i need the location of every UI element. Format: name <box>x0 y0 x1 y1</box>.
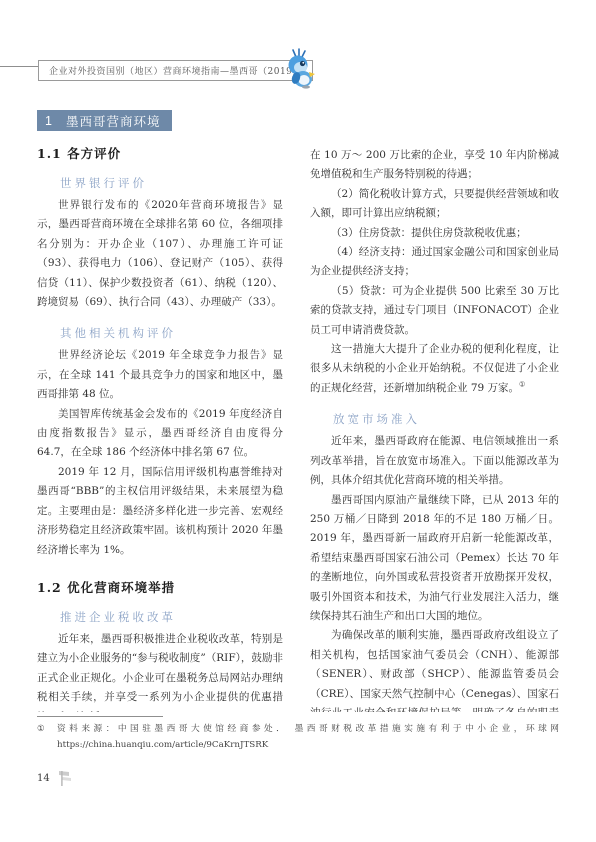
paragraph-tax-effect: 这一措施大大提升了企业办税的便利化程度，让很多从未纳税的小企业开始纳税。不仅促进… <box>310 340 559 398</box>
paragraph-tax-item-4: （4）经济支持：通过国家金融公司和国家创业局为企业提供经济支持； <box>310 243 559 282</box>
paragraph-tax-item-3: （3）住房贷款：提供住房贷款税收优惠； <box>310 224 559 243</box>
paragraph-heritage: 美国智库传统基金会发布的《2019 年度经济自由度指数报告》显示，墨西哥经济自由… <box>37 405 283 463</box>
paragraph-reform-agencies: 为确保改革的顺利实施，墨西哥政府改组设立了相关机构，包括国家油气委员会（CNH）… <box>310 626 559 712</box>
paragraph-tax-intro: 近年来，墨西哥积极推进企业税收改革，特别是建立为小企业服务的“参与税收制度”（R… <box>37 630 283 712</box>
footnote: ① 资料来源：中国驻墨西哥大使馆经商参处． 墨西哥财税改革措施实施有利于中小企业… <box>37 716 559 753</box>
paragraph-world-bank: 世界银行发布的《2020年营商环境报告》显示，墨西哥营商环境在全球排名第 60 … <box>37 196 283 312</box>
subhead-world-bank: 世界银行评价 <box>37 175 283 191</box>
running-header: 企业对外投资国别（地区）营商环境指南—墨西哥（2019） <box>38 60 313 81</box>
flag-icon <box>56 769 76 793</box>
two-column-body: 1.1 各方评价 世界银行评价 世界银行发布的《2020年营商环境报告》显示，墨… <box>37 146 559 712</box>
paragraph-tax-item-5: （5）贷款：可为企业提供 500 比索至 30 万比索的贷款支持，通过专门项目（… <box>310 282 559 340</box>
paragraph-fitch: 2019 年 12 月，国际信用评级机构惠誉维持对墨西哥“BBB”的主权信用评级… <box>37 463 283 560</box>
left-column: 1.1 各方评价 世界银行评价 世界银行发布的《2020年营商环境报告》显示，墨… <box>37 146 283 712</box>
header-rule <box>0 66 39 67</box>
page-number: 14 <box>37 769 50 784</box>
page-footer: 14 <box>37 769 76 793</box>
footnote-marker: ① <box>37 722 57 738</box>
right-column: 在 10 万～ 200 万比索的企业，享受 10 年内阶梯减免增值税和生产服务特… <box>310 146 559 712</box>
subhead-other-orgs: 其他相关机构评价 <box>37 325 283 341</box>
document-page: 企业对外投资国别（地区）营商环境指南—墨西哥（2019） 1 墨西哥营商环境 1… <box>0 0 596 842</box>
bird-mascot-logo <box>282 48 318 90</box>
footnote-reference: ① <box>519 380 525 388</box>
paragraph-wef: 世界经济论坛《2019 年全球竞争力报告》显示，在全球 141 个最具竞争力的国… <box>37 346 283 404</box>
paragraph-market-intro: 近年来，墨西哥政府在能源、电信领域推出一系列改革举措，旨在放宽市场准入。下面以能… <box>310 432 559 490</box>
heading-1-1: 1.1 各方评价 <box>37 146 283 162</box>
section-title-bar: 1 墨西哥营商环境 <box>37 110 172 131</box>
footnote-text: 资料来源：中国驻墨西哥大使馆经商参处． 墨西哥财税改革措施实施有利于中小企业，环… <box>57 722 559 753</box>
footnote-divider <box>37 716 163 717</box>
subhead-tax-reform: 推进企业税收改革 <box>37 609 283 625</box>
section-number: 1 <box>45 114 53 128</box>
heading-1-2: 1.2 优化营商环境举措 <box>37 580 283 596</box>
footnote-row: ① 资料来源：中国驻墨西哥大使馆经商参处． 墨西哥财税改革措施实施有利于中小企业… <box>37 722 559 753</box>
section-title: 墨西哥营商环境 <box>66 112 161 130</box>
paragraph-continued: 在 10 万～ 200 万比索的企业，享受 10 年内阶梯减免增值税和生产服务特… <box>310 146 559 185</box>
paragraph-tax-item-2: （2）简化税收计算方式，只要提供经营领域和收入额，即可计算出应纳税额； <box>310 185 559 224</box>
subhead-market-access: 放宽市场准入 <box>310 411 559 427</box>
running-header-title: 企业对外投资国别（地区）营商环境指南—墨西哥（2019） <box>49 64 302 77</box>
paragraph-oil-reform: 墨西哥国内原油产量继续下降，已从 2013 年的 250 万桶／日降到 2018… <box>310 491 559 627</box>
